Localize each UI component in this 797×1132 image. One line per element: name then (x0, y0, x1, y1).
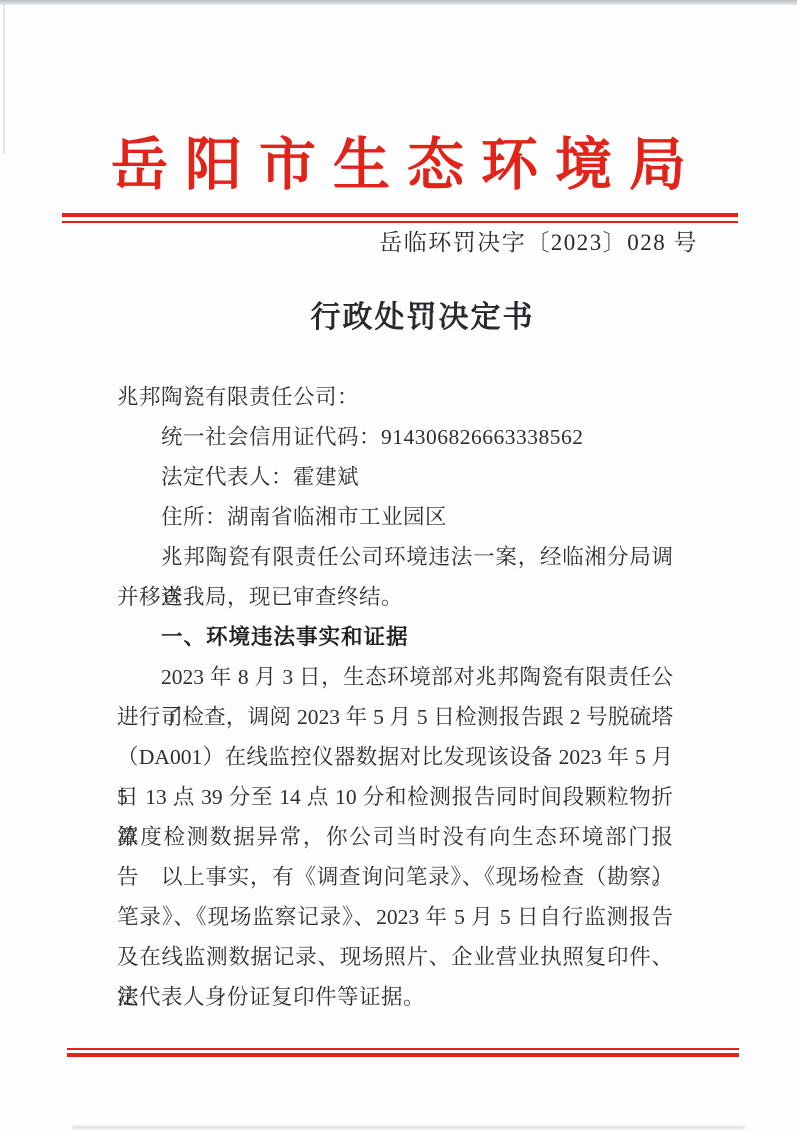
body-line: 并移送我局，现已审查终结。 (117, 577, 673, 617)
body-line: 2023 年 8 月 3 日，生态环境部对兆邦陶瓷有限责任公司 (117, 657, 673, 697)
body-line: （DA001）在线监控仪器数据对比发现该设备 2023 年 5 月 5 (117, 737, 673, 777)
letterhead-rule-thick (62, 213, 738, 217)
scan-edge-top (0, 0, 797, 5)
letterhead-rule-thin (62, 221, 738, 223)
body-line: 定代表人身份证复印件等证据。 (117, 977, 673, 1017)
body-line: 进行了检查，调阅 2023 年 5 月 5 日检测报告跟 2 号脱硫塔 (117, 697, 673, 737)
body-line: 及在线监测数据记录、现场照片、企业营业执照复印件、法 (117, 937, 673, 977)
body-line: 浓度检测数据异常，你公司当时没有向生态环境部门报告。 (117, 817, 673, 857)
body-line: 以上事实，有《调查询问笔录》、《现场检查（勘察） (117, 857, 673, 897)
body-line: 住所：湖南省临湘市工业园区 (117, 497, 673, 537)
document-page: 岳阳市生态环境局 岳临环罚决字〔2023〕028 号 行政处罚决定书 兆邦陶瓷有… (0, 0, 797, 1132)
section-heading: 一、环境违法事实和证据 (117, 617, 673, 657)
body-line: 兆邦陶瓷有限责任公司： (117, 377, 673, 417)
body-line: 日 13 点 39 分至 14 点 10 分和检测报告同时间段颗粒物折算 (117, 777, 673, 817)
agency-letterhead-title: 岳阳市生态环境局 (0, 130, 797, 202)
body-line: 法定代表人：霍建斌 (117, 457, 673, 497)
document-number: 岳临环罚决字〔2023〕028 号 (379, 228, 698, 258)
body-line: 统一社会信用证代码：914306826663338562 (117, 417, 673, 457)
document-title: 行政处罚决定书 (24, 299, 797, 337)
document-body: 兆邦陶瓷有限责任公司：统一社会信用证代码：914306826663338562法… (117, 377, 673, 1017)
body-line: 兆邦陶瓷有限责任公司环境违法一案，经临湘分局调查 (117, 537, 673, 577)
body-line: 笔录》、《现场监察记录》、2023 年 5 月 5 日自行监测报告 (117, 897, 673, 937)
scan-edge-bottom (72, 1126, 745, 1129)
footer-rule-thick (67, 1053, 739, 1057)
footer-rule-thin (67, 1048, 739, 1050)
